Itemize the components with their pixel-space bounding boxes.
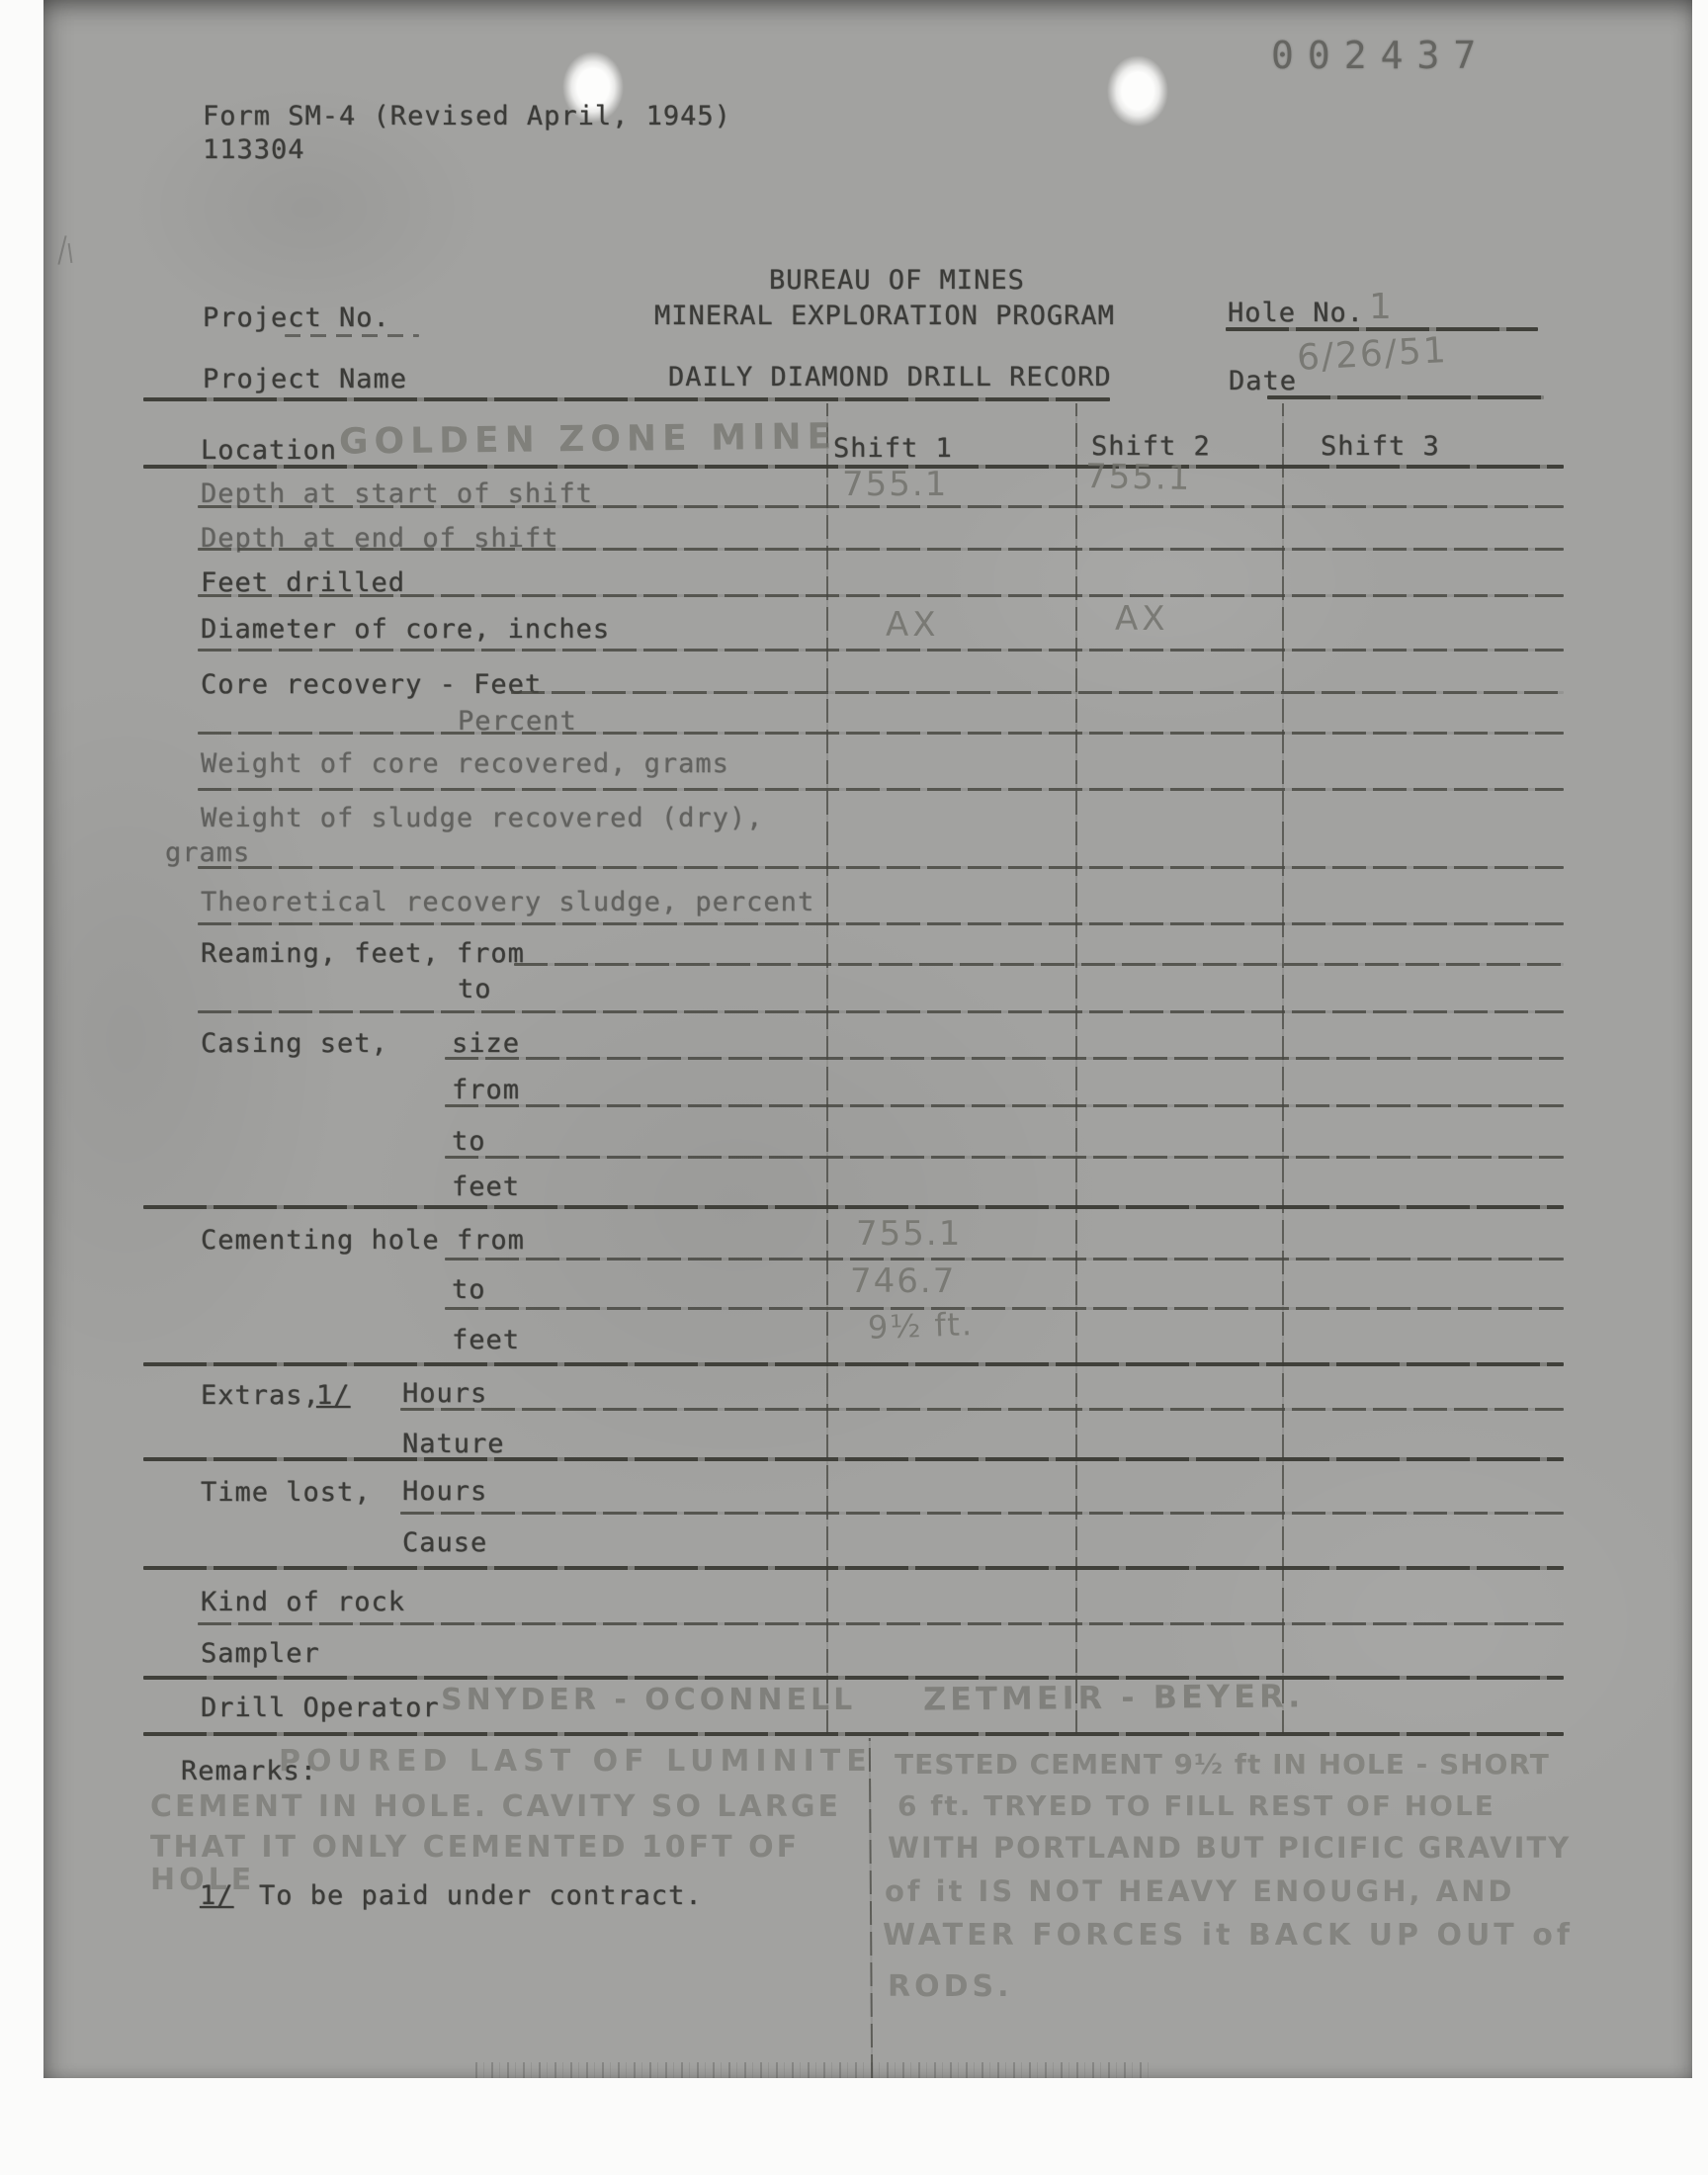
column-divider-2 bbox=[1075, 403, 1077, 1734]
row-rule bbox=[445, 1104, 1564, 1107]
row-label-theoretical: Theoretical recovery sludge, percent bbox=[201, 887, 814, 917]
org-title: BUREAU OF MINES bbox=[769, 265, 1025, 296]
project-name-underline bbox=[143, 397, 1110, 401]
row-rule bbox=[198, 594, 1564, 597]
row-label-cementing-to: to bbox=[452, 1274, 486, 1305]
program-title: MINERAL EXPLORATION PROGRAM bbox=[654, 301, 1115, 331]
row-label-time-lost-cause: Cause bbox=[402, 1527, 487, 1558]
remarks-divider bbox=[869, 1738, 873, 2078]
row-label-weight-sludge-grams: grams bbox=[165, 837, 250, 868]
shift3-header: Shift 3 bbox=[1321, 431, 1440, 462]
row-rule bbox=[198, 866, 1564, 869]
remarks-right-line3: WITH PORTLAND BUT PICIFIC GRAVITY bbox=[888, 1831, 1571, 1865]
shift1-header: Shift 1 bbox=[833, 433, 953, 464]
remarks-left-line1: POURED LAST OF LUMINITE bbox=[279, 1744, 873, 1779]
row-label-weight-core: Weight of core recovered, grams bbox=[201, 748, 729, 779]
row-label-casing-size: size bbox=[452, 1028, 520, 1059]
row-label-time-lost-hours: Hours bbox=[402, 1476, 487, 1507]
row-label-weight-sludge: Weight of sludge recovered (dry), bbox=[201, 803, 763, 833]
remarks-right-line1: TESTED CEMENT 9½ ft IN HOLE - SHORT bbox=[895, 1748, 1550, 1781]
row-label-sampler: Sampler bbox=[201, 1638, 320, 1669]
location-label: Location bbox=[201, 435, 337, 466]
cementing-feet-shift1: 9½ ft. bbox=[867, 1305, 974, 1347]
section-rule bbox=[143, 1566, 1564, 1570]
hole-no-value: 1 bbox=[1369, 287, 1392, 327]
row-label-cementing: Cementing hole from bbox=[201, 1225, 525, 1256]
row-rule bbox=[400, 1408, 1564, 1411]
section-rule bbox=[143, 1205, 1564, 1209]
row-rule bbox=[514, 963, 1564, 966]
row-label-extras-ref: 1/ bbox=[316, 1380, 351, 1411]
footnote-ref: 1/ bbox=[200, 1880, 234, 1911]
paper-page: 002437 Form SM-4 (Revised April, 1945) 1… bbox=[43, 0, 1692, 2078]
cementing-from-shift1: 755.1 bbox=[856, 1214, 962, 1254]
form-number-line1: Form SM-4 (Revised April, 1945) bbox=[203, 101, 731, 131]
row-rule bbox=[511, 691, 1564, 694]
scan-edge-artifacts bbox=[469, 2062, 1151, 2078]
date-value: 6/26/51 bbox=[1296, 330, 1449, 379]
row-rule bbox=[198, 1010, 1564, 1013]
row-rule bbox=[198, 548, 1564, 551]
row-rule bbox=[198, 732, 1564, 735]
section-rule bbox=[143, 1676, 1564, 1680]
row-label-extras-hours: Hours bbox=[402, 1378, 487, 1409]
row-label-extras: Extras, bbox=[201, 1380, 320, 1411]
project-name-label: Project Name bbox=[203, 364, 407, 394]
row-label-reaming: Reaming, feet, from bbox=[201, 938, 525, 969]
column-divider-3 bbox=[1282, 403, 1284, 1734]
row-rule bbox=[445, 1057, 1564, 1060]
form-number-line2: 113304 bbox=[203, 134, 305, 165]
hole-punch-right bbox=[1107, 55, 1168, 127]
pencil-scratch bbox=[57, 235, 66, 265]
record-title: DAILY DIAMOND DRILL RECORD bbox=[668, 362, 1112, 392]
row-label-core-recovery: Core recovery - Feet bbox=[201, 669, 542, 700]
row-label-kind-of-rock: Kind of rock bbox=[201, 1587, 405, 1617]
location-value: GOLDEN ZONE MINE bbox=[339, 416, 838, 462]
cementing-to-shift1: 746.7 bbox=[850, 1261, 956, 1301]
row-label-casing-from: from bbox=[452, 1075, 520, 1105]
footnote-text: To be paid under contract. bbox=[259, 1880, 703, 1911]
row-label-extras-nature: Nature bbox=[402, 1429, 505, 1459]
remarks-right-line4: of it IS NOT HEAVY ENOUGH, AND bbox=[885, 1874, 1514, 1908]
depth-start-shift1: 755.1 bbox=[842, 465, 948, 504]
hole-no-label: Hole No. bbox=[1228, 298, 1364, 328]
row-rule bbox=[198, 922, 1564, 925]
row-rule bbox=[198, 1622, 1564, 1625]
row-label-reaming-to: to bbox=[458, 974, 492, 1004]
remarks-left-line3: THAT IT ONLY CEMENTED 10FT OF bbox=[150, 1830, 800, 1865]
row-rule bbox=[445, 1156, 1564, 1159]
core-diameter-shift1: AX bbox=[886, 605, 940, 645]
row-label-drill-operator: Drill Operator bbox=[201, 1693, 440, 1723]
date-underline bbox=[1267, 395, 1544, 399]
scanned-document: 002437 Form SM-4 (Revised April, 1945) 1… bbox=[0, 0, 1708, 2175]
row-rule bbox=[445, 1258, 1564, 1261]
row-rule bbox=[198, 505, 1564, 508]
row-rule bbox=[445, 1307, 1564, 1310]
pencil-scratch bbox=[68, 243, 73, 263]
hole-no-underline bbox=[1226, 327, 1538, 331]
section-rule bbox=[143, 1362, 1564, 1366]
row-label-cementing-feet: feet bbox=[452, 1325, 520, 1355]
date-label: Date bbox=[1229, 366, 1297, 396]
depth-start-shift2: 755.1 bbox=[1085, 457, 1192, 498]
section-rule bbox=[143, 1732, 1564, 1736]
row-label-casing-feet: feet bbox=[452, 1172, 520, 1202]
row-label-casing-to: to bbox=[452, 1126, 486, 1157]
core-diameter-shift2: AX bbox=[1115, 599, 1169, 639]
serial-stamp: 002437 bbox=[1271, 34, 1490, 77]
remarks-right-line6: RODS. bbox=[888, 1969, 1013, 2004]
row-rule bbox=[400, 1512, 1564, 1515]
row-label-time-lost: Time lost, bbox=[201, 1477, 372, 1508]
row-rule bbox=[198, 649, 1564, 652]
operator-shift1: SNYDER - OCONNELL bbox=[441, 1683, 856, 1717]
row-rule bbox=[198, 788, 1564, 791]
remarks-right-line2: 6 ft. TRYED TO FILL REST OF HOLE bbox=[897, 1789, 1495, 1822]
column-divider-1 bbox=[826, 403, 828, 1734]
section-rule bbox=[143, 1457, 1564, 1461]
project-no-underline bbox=[285, 334, 419, 337]
project-no-label: Project No. bbox=[203, 303, 390, 333]
row-label-casing: Casing set, bbox=[201, 1028, 388, 1059]
operator-shift2: ZETMEIR - BEYER. bbox=[923, 1677, 1305, 1717]
remarks-right-line5: WATER FORCES it BACK UP OUT of bbox=[883, 1918, 1574, 1953]
remarks-left-line2: CEMENT IN HOLE. CAVITY SO LARGE bbox=[150, 1789, 841, 1824]
row-label-core-diameter: Diameter of core, inches bbox=[201, 614, 610, 645]
